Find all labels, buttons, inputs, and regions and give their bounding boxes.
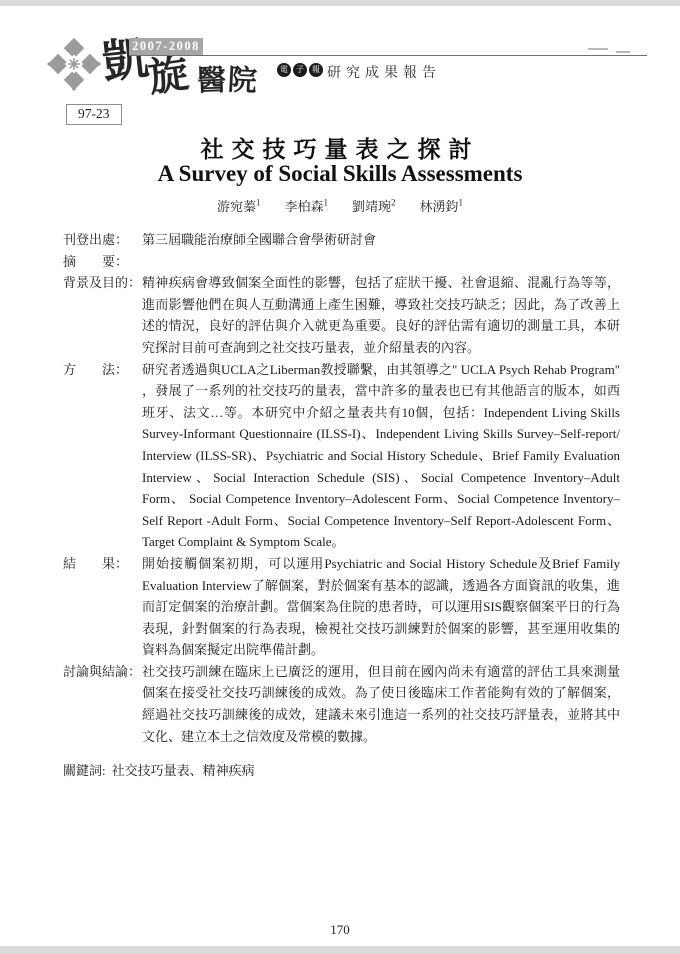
seal-badge-icon: 電 [277,63,291,77]
section-text: 社交技巧訓練在臨床上已廣泛的運用，但目前在國內尚未有適當的評估工具來測量個案在接… [142,661,620,747]
author-list: 游宛蓁1 李柏森1 劉靖琬2 林湧鈞1 [0,196,680,215]
author: 李柏森1 [284,196,328,215]
section-background-purpose: 背景及目的： 精神疾病會導致個案全面性的影響，包括了症狀干擾、社會退縮、混亂行為… [63,272,620,358]
header-dash [588,48,608,50]
section-label: 刊登出處： [63,229,142,251]
section-label: 背景及目的： [63,272,142,294]
keywords-label: 關鍵詞: [63,760,106,782]
page-number: 170 [0,922,680,938]
page-bottom-bar [0,946,680,954]
section-label: 討論與結論： [63,661,142,683]
section-text: 研究者透過與UCLA之Liberman教授聯繫，由其領導之" UCLA Psyc… [142,359,620,553]
author: 林湧鈞1 [420,196,464,215]
report-series-label: 研究成果報告 [327,62,441,82]
seal-badge-icon: 報 [309,63,323,77]
section-publication-venue: 刊登出處： 第三屆職能治療師全國聯合會學術研討會 [63,229,620,251]
author-affiliation-sup: 1 [324,198,329,208]
section-label: 方 法： [63,359,142,381]
author-affiliation-sup: 1 [256,198,261,208]
title-chinese: 社交技巧量表之探討 [0,131,680,164]
title-english: A Survey of Social Skills Assessments [0,161,680,187]
author: 劉靖琬2 [352,196,396,215]
section-results: 結 果： 開始接觸個案初期，可以運用Psychiatric and Social… [63,553,620,661]
author: 游宛蓁1 [217,196,261,215]
section-text: 第三屆職能治療師全國聯合會學術研討會 [142,229,620,251]
calligraphy-char: 凱 [99,22,152,92]
keywords-text: 社交技巧量表、精神疾病 [112,760,255,782]
section-method: 方 法： 研究者透過與UCLA之Liberman教授聯繫，由其領導之" UCLA… [63,359,620,553]
calligraphy-char: 醫 [196,58,226,100]
header-rule [129,55,647,56]
section-label: 結 果： [63,553,142,575]
abstract-body: 刊登出處： 第三屆職能治療師全國聯合會學術研討會 摘 要： 背景及目的： 精神疾… [63,229,620,782]
calligraphy-char: 院 [227,57,258,99]
hospital-logo-icon [46,36,102,92]
author-affiliation-sup: 2 [391,198,396,208]
section-abstract-heading: 摘 要： [63,251,620,273]
years-label: 2007-2008 [129,38,203,55]
keywords-row: 關鍵詞: 社交技巧量表、精神疾病 [63,760,620,782]
section-label: 摘 要： [63,251,142,273]
document-page: 凱 旋 醫 院 2007-2008 電 子 報 研究成果報告 97-23 社交技… [0,0,680,954]
author-affiliation-sup: 1 [459,198,464,208]
seal-badge-icon: 子 [293,63,307,77]
report-code-badge: 97-23 [66,104,122,125]
report-header: 凱 旋 醫 院 2007-2008 電 子 報 研究成果報告 [0,6,680,116]
seal-badges: 電 子 報 [277,63,323,77]
section-text: 開始接觸個案初期，可以運用Psychiatric and Social Hist… [142,553,620,661]
header-dash [616,51,630,53]
section-discussion-conclusion: 討論與結論： 社交技巧訓練在臨床上已廣泛的運用，但目前在國內尚未有適當的評估工具… [63,661,620,747]
section-text: 精神疾病會導致個案全面性的影響，包括了症狀干擾、社會退縮、混亂行為等等，進而影響… [142,272,620,358]
